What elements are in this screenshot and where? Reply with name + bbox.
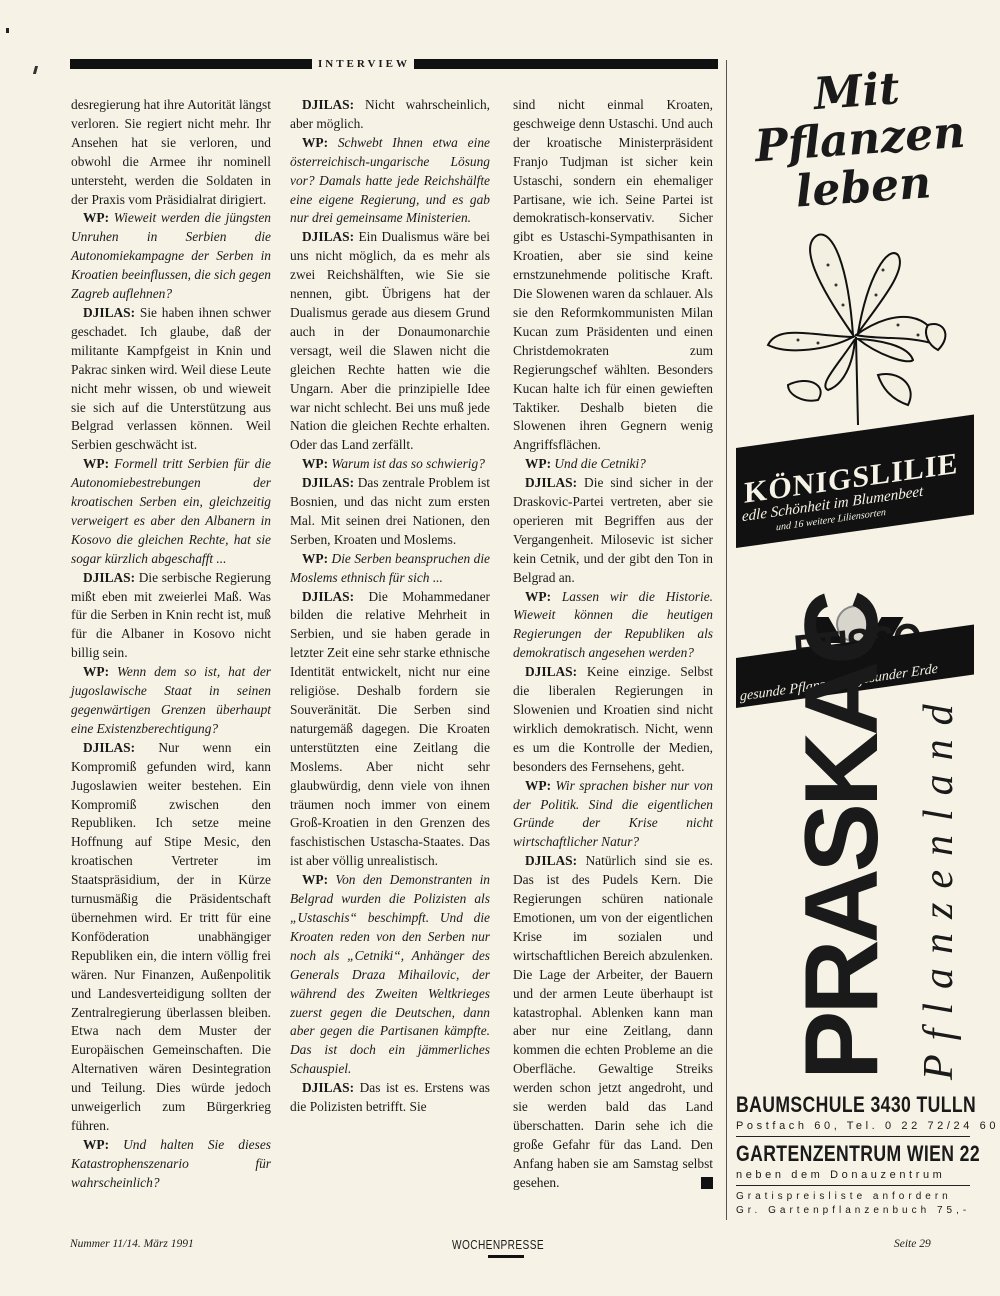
price-value: 24,-	[879, 518, 923, 555]
magazine-name: WOCHENPRESSE	[452, 1237, 544, 1252]
speaker-label: DJILAS:	[302, 97, 365, 112]
paragraph-text: Sie haben ihnen schwer geschadet. Ich gl…	[71, 305, 271, 452]
answer-paragraph: DJILAS: Nur wenn ein Kompromiß gefunden …	[71, 739, 271, 1136]
answer-paragraph: DJILAS: Keine einzige. Selbst die libera…	[513, 663, 713, 776]
paragraph-text: Die Mohammedaner bilden die relative Meh…	[290, 589, 490, 869]
koenigslilie-banner: KÖNIGSLILIE edle Schönheit im Blumenbeet…	[736, 415, 974, 548]
question-paragraph: WP: Die Serben beanspruchen die Moslems …	[290, 550, 490, 588]
speaker-label: WP:	[302, 872, 335, 887]
speaker-label: DJILAS:	[83, 740, 158, 755]
page-footer: Nummer 11/14. März 1991 WOCHENPRESSE Sei…	[0, 1238, 1000, 1258]
speaker-label: DJILAS:	[525, 475, 584, 490]
question-paragraph: WP: Formell tritt Serbien für die Autono…	[71, 455, 271, 568]
contact-line: Gratispreisliste anfordern	[736, 1190, 970, 1204]
speaker-label: DJILAS:	[83, 305, 140, 320]
paragraph-text: Formell tritt Serbien für die Autonomieb…	[71, 456, 271, 566]
issue-number: Nummer 11/14. März 1991	[70, 1238, 194, 1250]
lily-icon	[758, 225, 958, 425]
speaker-label: DJILAS:	[525, 853, 586, 868]
speaker-label: DJILAS:	[302, 475, 358, 490]
end-mark-icon	[701, 1177, 713, 1189]
speaker-label: DJILAS:	[525, 664, 587, 679]
speaker-label: DJILAS:	[302, 229, 359, 244]
question-paragraph: WP: Und halten Sie dieses Katastrophensz…	[71, 1136, 271, 1193]
speaker-label: WP:	[83, 456, 114, 471]
paragraph-text: desregierung hat ihre Autorität längst v…	[71, 97, 271, 207]
contact-line: BAUMSCHULE 3430 TULLN	[736, 1092, 923, 1118]
question-paragraph: WP: Lassen wir die Historie. Wieweit kön…	[513, 588, 713, 664]
section-header: INTERVIEW	[70, 58, 718, 70]
question-paragraph: WP: Schwebt Ihnen etwa eine österreichis…	[290, 134, 490, 229]
paragraph-text: Keine einzige. Selbst die liberalen Regi…	[513, 664, 713, 774]
answer-paragraph: DJILAS: Die Mohammedaner bilden die rela…	[290, 588, 490, 872]
answer-paragraph: DJILAS: Die sind sicher in der Draskovic…	[513, 474, 713, 587]
answer-paragraph: DJILAS: Nicht wahrscheinlich, aber mögli…	[290, 96, 490, 134]
price-nur: nur	[862, 540, 875, 552]
answer-paragraph: DJILAS: Das ist es. Erstens was die Poli…	[290, 1079, 490, 1117]
header-rule-left	[70, 59, 312, 69]
contact-line: Postfach 60, Tel. 0 22 72/24 60	[736, 1118, 970, 1134]
ad-contact-block: BAUMSCHULE 3430 TULLN Postfach 60, Tel. …	[736, 1092, 970, 1218]
paragraph-text: Nur wenn ein Kompromiß gefunden wird, ka…	[71, 740, 271, 1133]
answer-paragraph: DJILAS: Ein Dualismus wäre bei uns nicht…	[290, 228, 490, 455]
question-paragraph: WP: Warum ist das so schwierig?	[290, 455, 490, 474]
column-divider	[726, 60, 727, 1220]
question-paragraph: WP: Wenn dem so ist, hat der jugoslawisc…	[71, 663, 271, 739]
question-paragraph: WP: Von den Demonstranten in Belgrad wur…	[290, 871, 490, 1079]
paragraph-text: Die sind sicher in der Draskovic-Partei …	[513, 475, 713, 585]
paragraph-text: Natürlich sind sie es. Das ist des Pudel…	[513, 853, 713, 1189]
paragraph-text: sind nicht einmal Kroaten, geschweige de…	[513, 97, 713, 452]
question-paragraph: WP: Wieweit werden die jüngsten Unruhen …	[71, 209, 271, 304]
speaker-label: WP:	[83, 1137, 123, 1152]
answer-paragraph: DJILAS: Natürlich sind sie es. Das ist d…	[513, 852, 713, 1192]
divider	[736, 1185, 970, 1186]
brand-name: PRASKAC	[784, 712, 900, 1080]
section-label: INTERVIEW	[312, 58, 414, 70]
magazine-underline	[488, 1255, 524, 1258]
article-column-1: desregierung hat ihre Autorität längst v…	[71, 96, 271, 1193]
speaker-label: WP:	[525, 456, 554, 471]
speaker-label: WP:	[525, 778, 555, 793]
scan-mark	[33, 66, 38, 74]
brand-subtitle: Pflanzenland	[914, 710, 964, 1080]
divider	[736, 1136, 970, 1137]
speaker-label: WP:	[83, 210, 114, 225]
question-paragraph: WP: Wir sprachen bisher nur von der Poli…	[513, 777, 713, 853]
speaker-label: DJILAS:	[302, 1080, 360, 1095]
speaker-label: WP:	[302, 551, 332, 566]
contact-line: neben dem Donauzentrum	[736, 1167, 970, 1183]
price-label: Doppelpackung	[744, 535, 858, 571]
speaker-label: WP:	[302, 135, 338, 150]
advertisement: Mit Pflanzen leben KÖNIGSLILIE edle Schö…	[730, 60, 990, 1230]
text-paragraph: sind nicht einmal Kroaten, geschweige de…	[513, 96, 713, 455]
praskac-brand: PRASKAC Pflanzenland	[780, 710, 900, 1080]
page-number: Seite 29	[894, 1238, 931, 1250]
speaker-label: WP:	[302, 456, 331, 471]
speaker-label: DJILAS:	[302, 589, 369, 604]
article-column-3: sind nicht einmal Kroaten, geschweige de…	[513, 96, 713, 1193]
header-rule-right	[414, 59, 718, 69]
answer-paragraph: DJILAS: Das zentrale Problem ist Bosnien…	[290, 474, 490, 550]
speaker-label: DJILAS:	[83, 570, 139, 585]
article-column-2: DJILAS: Nicht wahrscheinlich, aber mögli…	[290, 96, 490, 1117]
product-price-line: Doppelpackung nur 24,-	[744, 518, 924, 575]
contact-line: GARTENZENTRUM WIEN 22	[736, 1141, 923, 1167]
paragraph-text: Und die Cetniki?	[554, 456, 646, 471]
paragraph-text: Warum ist das so schwierig?	[331, 456, 485, 471]
contact-line: Gr. Gartenpflanzenbuch 75,-	[736, 1204, 970, 1218]
speaker-label: WP:	[83, 664, 117, 679]
paragraph-text: Ein Dualismus wäre bei uns nicht möglich…	[290, 229, 490, 452]
text-paragraph: desregierung hat ihre Autorität längst v…	[71, 96, 271, 209]
ad-headline: Mit Pflanzen leben	[725, 59, 994, 221]
speaker-label: WP:	[525, 589, 562, 604]
paragraph-text: Von den Demonstranten in Belgrad wurden …	[290, 872, 490, 1076]
scan-mark	[6, 28, 9, 33]
question-paragraph: WP: Und die Cetniki?	[513, 455, 713, 474]
answer-paragraph: DJILAS: Die serbische Regierung mißt ebe…	[71, 569, 271, 664]
answer-paragraph: DJILAS: Sie haben ihnen schwer geschadet…	[71, 304, 271, 455]
